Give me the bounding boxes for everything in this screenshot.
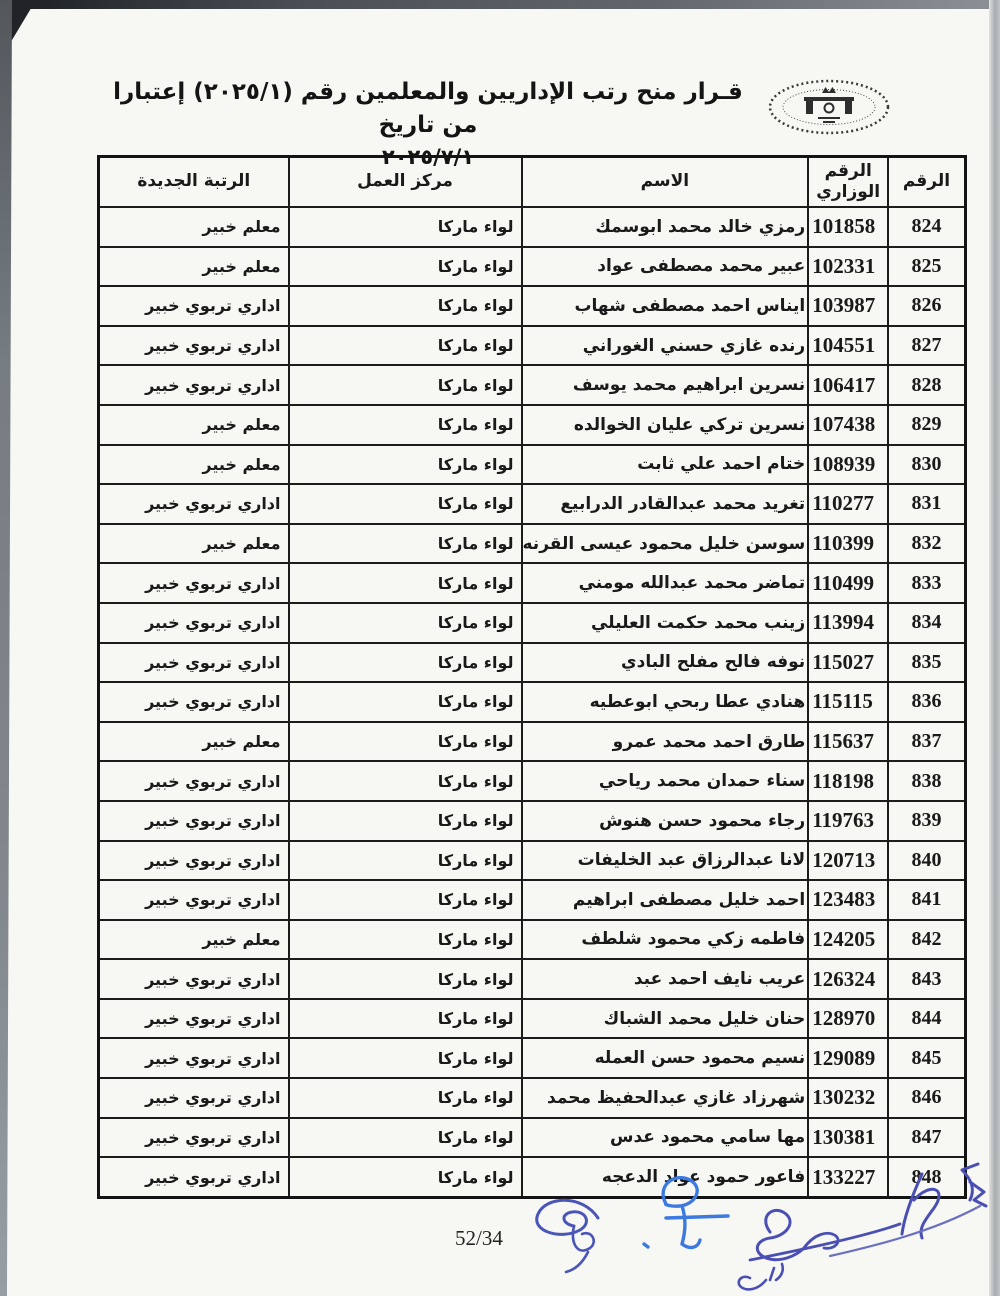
- cell-new-rank: اداري تربوي خبير: [99, 1118, 289, 1158]
- table-row: اداري تربوي خبيرلواء ماركاسناء حمدان محم…: [99, 761, 966, 801]
- cell-new-rank: اداري تربوي خبير: [99, 365, 289, 405]
- cell-work-center: لواء ماركا: [289, 1078, 522, 1118]
- cell-ministry-number: 128970: [808, 999, 888, 1039]
- table-row: معلم خبيرلواء ماركاعبير محمد مصطفى عواد1…: [99, 247, 966, 287]
- cell-row-number: 843: [888, 959, 965, 999]
- cell-new-rank: اداري تربوي خبير: [99, 682, 289, 722]
- cell-ministry-number: 110277: [808, 484, 888, 524]
- cell-ministry-number: 106417: [808, 365, 888, 405]
- cell-new-rank: اداري تربوي خبير: [99, 643, 289, 683]
- cell-row-number: 833: [888, 563, 965, 603]
- cell-name: طارق احمد محمد عمرو: [522, 722, 809, 762]
- cell-name: احمد خليل مصطفى ابراهيم: [522, 880, 809, 920]
- cell-new-rank: اداري تربوي خبير: [99, 880, 289, 920]
- table-row: اداري تربوي خبيرلواء ماركانسرين ابراهيم …: [99, 365, 966, 405]
- cell-ministry-number: 115027: [808, 643, 888, 683]
- cell-name: عبير محمد مصطفى عواد: [522, 247, 809, 287]
- cell-ministry-number: 107438: [808, 405, 888, 445]
- title-line-1: قـرار منح رتب الإداريين والمعلمين رقم (٢…: [96, 76, 760, 143]
- cell-new-rank: اداري تربوي خبير: [99, 1157, 289, 1197]
- cell-work-center: لواء ماركا: [289, 722, 522, 762]
- table-row: اداري تربوي خبيرلواء ماركاهنادي عطا ربحي…: [99, 682, 966, 722]
- cell-work-center: لواء ماركا: [289, 920, 522, 960]
- cell-new-rank: اداري تربوي خبير: [99, 1078, 289, 1118]
- cell-new-rank: اداري تربوي خبير: [99, 1038, 289, 1078]
- cell-work-center: لواء ماركا: [289, 682, 522, 722]
- cell-row-number: 828: [888, 365, 965, 405]
- table-row: اداري تربوي خبيرلواء ماركاايناس احمد مصط…: [99, 286, 966, 326]
- signatures-ink: [470, 1160, 1000, 1296]
- cell-name: لانا عبدالرزاق عبد الخليفات: [522, 841, 809, 881]
- table-row: اداري تربوي خبيرلواء ماركاتماضر محمد عبد…: [99, 563, 966, 603]
- cell-new-rank: معلم خبير: [99, 445, 289, 485]
- header-work-center: مركز العمل: [289, 157, 522, 208]
- cell-ministry-number: 102331: [808, 247, 888, 287]
- cell-ministry-number: 130381: [808, 1118, 888, 1158]
- cell-row-number: 832: [888, 524, 965, 564]
- cell-work-center: لواء ماركا: [289, 484, 522, 524]
- cell-row-number: 838: [888, 761, 965, 801]
- cell-work-center: لواء ماركا: [289, 1118, 522, 1158]
- cell-work-center: لواء ماركا: [289, 603, 522, 643]
- table-row: اداري تربوي خبيرلواء ماركاتغريد محمد عبد…: [99, 484, 966, 524]
- cell-name: سوسن خليل محمود عيسى القرنه: [522, 524, 809, 564]
- cell-ministry-number: 115637: [808, 722, 888, 762]
- cell-row-number: 826: [888, 286, 965, 326]
- cell-new-rank: معلم خبير: [99, 722, 289, 762]
- cell-ministry-number: 130232: [808, 1078, 888, 1118]
- cell-work-center: لواء ماركا: [289, 365, 522, 405]
- cell-row-number: 834: [888, 603, 965, 643]
- cell-name: رنده غازي حسني الغوراني: [522, 326, 809, 366]
- cell-work-center: لواء ماركا: [289, 405, 522, 445]
- cell-work-center: لواء ماركا: [289, 880, 522, 920]
- cell-work-center: لواء ماركا: [289, 1038, 522, 1078]
- cell-ministry-number: 110399: [808, 524, 888, 564]
- table-row: اداري تربوي خبيرلواء ماركارجاء محمود حسن…: [99, 801, 966, 841]
- cell-new-rank: اداري تربوي خبير: [99, 801, 289, 841]
- cell-ministry-number: 119763: [808, 801, 888, 841]
- cell-name: شهرزاد غازي عبدالحفيظ محمد: [522, 1078, 809, 1118]
- cell-row-number: 839: [888, 801, 965, 841]
- table-row: اداري تربوي خبيرلواء ماركانوفه فالح مفلح…: [99, 643, 966, 683]
- cell-ministry-number: 110499: [808, 563, 888, 603]
- cell-name: ختام احمد علي ثابت: [522, 445, 809, 485]
- cell-row-number: 846: [888, 1078, 965, 1118]
- cell-work-center: لواء ماركا: [289, 999, 522, 1039]
- cell-name: فاطمه زكي محمود شلطف: [522, 920, 809, 960]
- cell-new-rank: اداري تربوي خبير: [99, 761, 289, 801]
- cell-ministry-number: 126324: [808, 959, 888, 999]
- cell-name: تغريد محمد عبدالقادر الدرابيع: [522, 484, 809, 524]
- cell-ministry-number: 124205: [808, 920, 888, 960]
- table-row: اداري تربوي خبيرلواء ماركالانا عبدالرزاق…: [99, 841, 966, 881]
- cell-name: تماضر محمد عبدالله مومني: [522, 563, 809, 603]
- cell-new-rank: معلم خبير: [99, 920, 289, 960]
- table-row: معلم خبيرلواء ماركارمزي خالد محمد ابوسمك…: [99, 207, 966, 247]
- cell-ministry-number: 115115: [808, 682, 888, 722]
- cell-name: سناء حمدان محمد رياحي: [522, 761, 809, 801]
- cell-ministry-number: 123483: [808, 880, 888, 920]
- cell-work-center: لواء ماركا: [289, 286, 522, 326]
- cell-row-number: 841: [888, 880, 965, 920]
- cell-ministry-number: 129089: [808, 1038, 888, 1078]
- cell-new-rank: معلم خبير: [99, 247, 289, 287]
- promotions-table: الرتبة الجديدة مركز العمل الاسم الرقم ال…: [97, 155, 967, 1199]
- cell-row-number: 836: [888, 682, 965, 722]
- cell-new-rank: اداري تربوي خبير: [99, 563, 289, 603]
- cell-new-rank: معلم خبير: [99, 405, 289, 445]
- cell-new-rank: اداري تربوي خبير: [99, 959, 289, 999]
- cell-row-number: 845: [888, 1038, 965, 1078]
- cell-row-number: 837: [888, 722, 965, 762]
- cell-name: ايناس احمد مصطفى شهاب: [522, 286, 809, 326]
- cell-work-center: لواء ماركا: [289, 247, 522, 287]
- scan-edge-top: [0, 0, 1000, 9]
- cell-work-center: لواء ماركا: [289, 207, 522, 247]
- cell-row-number: 824: [888, 207, 965, 247]
- cell-work-center: لواء ماركا: [289, 841, 522, 881]
- cell-name: حنان خليل محمد الشباك: [522, 999, 809, 1039]
- scan-edge-right: [989, 0, 1000, 1296]
- cell-name: نسيم محمود حسن العمله: [522, 1038, 809, 1078]
- header-number: الرقم: [888, 157, 965, 208]
- cell-row-number: 842: [888, 920, 965, 960]
- cell-row-number: 825: [888, 247, 965, 287]
- cell-name: هنادي عطا ربحي ابوعطيه: [522, 682, 809, 722]
- cell-name: نسرين ابراهيم محمد يوسف: [522, 365, 809, 405]
- cell-work-center: لواء ماركا: [289, 959, 522, 999]
- table-header-row: الرتبة الجديدة مركز العمل الاسم الرقم ال…: [99, 157, 966, 208]
- table-row: معلم خبيرلواء ماركاسوسن خليل محمود عيسى …: [99, 524, 966, 564]
- header-ministry-line1: الرقم: [811, 161, 885, 182]
- table-row: اداري تربوي خبيرلواء ماركاعريب نايف احمد…: [99, 959, 966, 999]
- cell-ministry-number: 103987: [808, 286, 888, 326]
- table-row: اداري تربوي خبيرلواء ماركااحمد خليل مصطف…: [99, 880, 966, 920]
- cell-ministry-number: 108939: [808, 445, 888, 485]
- cell-new-rank: اداري تربوي خبير: [99, 326, 289, 366]
- cell-name: نسرين تركي عليان الخوالده: [522, 405, 809, 445]
- table-row: معلم خبيرلواء ماركاختام احمد علي ثابت108…: [99, 445, 966, 485]
- cell-work-center: لواء ماركا: [289, 801, 522, 841]
- table-row: اداري تربوي خبيرلواء ماركامها سامي محمود…: [99, 1118, 966, 1158]
- table-row: اداري تربوي خبيرلواء ماركاحنان خليل محمد…: [99, 999, 966, 1039]
- cell-work-center: لواء ماركا: [289, 445, 522, 485]
- table-row: معلم خبيرلواء ماركافاطمه زكي محمود شلطف1…: [99, 920, 966, 960]
- table-row: اداري تربوي خبيرلواء ماركانسيم محمود حسن…: [99, 1038, 966, 1078]
- header-ministry-number: الرقم الوزاري: [808, 157, 888, 208]
- cell-new-rank: اداري تربوي خبير: [99, 999, 289, 1039]
- cell-row-number: 847: [888, 1118, 965, 1158]
- cell-ministry-number: 120713: [808, 841, 888, 881]
- cell-ministry-number: 104551: [808, 326, 888, 366]
- cell-new-rank: اداري تربوي خبير: [99, 841, 289, 881]
- cell-new-rank: معلم خبير: [99, 207, 289, 247]
- cell-work-center: لواء ماركا: [289, 563, 522, 603]
- cell-new-rank: اداري تربوي خبير: [99, 603, 289, 643]
- cell-ministry-number: 113994: [808, 603, 888, 643]
- header-new-rank: الرتبة الجديدة: [99, 157, 289, 208]
- cell-row-number: 829: [888, 405, 965, 445]
- cell-name: رمزي خالد محمد ابوسمك: [522, 207, 809, 247]
- table-row: معلم خبيرلواء ماركانسرين تركي عليان الخو…: [99, 405, 966, 445]
- cell-name: رجاء محمود حسن هنوش: [522, 801, 809, 841]
- cell-new-rank: اداري تربوي خبير: [99, 286, 289, 326]
- cell-row-number: 844: [888, 999, 965, 1039]
- cell-ministry-number: 101858: [808, 207, 888, 247]
- cell-name: نوفه فالح مفلح البادي: [522, 643, 809, 683]
- table-row: معلم خبيرلواء ماركاطارق احمد محمد عمرو11…: [99, 722, 966, 762]
- ministry-seal-icon: [766, 78, 892, 138]
- cell-new-rank: معلم خبير: [99, 524, 289, 564]
- cell-new-rank: اداري تربوي خبير: [99, 484, 289, 524]
- cell-row-number: 827: [888, 326, 965, 366]
- cell-name: زينب محمد حكمت العليلي: [522, 603, 809, 643]
- cell-row-number: 835: [888, 643, 965, 683]
- table-row: اداري تربوي خبيرلواء ماركازينب محمد حكمت…: [99, 603, 966, 643]
- header-ministry-line2: الوزاري: [811, 182, 885, 203]
- cell-row-number: 831: [888, 484, 965, 524]
- header-name: الاسم: [522, 157, 809, 208]
- cell-row-number: 840: [888, 841, 965, 881]
- table-body: معلم خبيرلواء ماركارمزي خالد محمد ابوسمك…: [99, 207, 966, 1197]
- cell-ministry-number: 118198: [808, 761, 888, 801]
- cell-work-center: لواء ماركا: [289, 643, 522, 683]
- cell-row-number: 830: [888, 445, 965, 485]
- cell-work-center: لواء ماركا: [289, 761, 522, 801]
- scan-edge-left: [0, 0, 12, 1296]
- cell-work-center: لواء ماركا: [289, 524, 522, 564]
- table-row: اداري تربوي خبيرلواء ماركارنده غازي حسني…: [99, 326, 966, 366]
- table-row: اداري تربوي خبيرلواء ماركاشهرزاد غازي عب…: [99, 1078, 966, 1118]
- cell-work-center: لواء ماركا: [289, 326, 522, 366]
- cell-name: مها سامي محمود عدس: [522, 1118, 809, 1158]
- cell-name: عريب نايف احمد عبد: [522, 959, 809, 999]
